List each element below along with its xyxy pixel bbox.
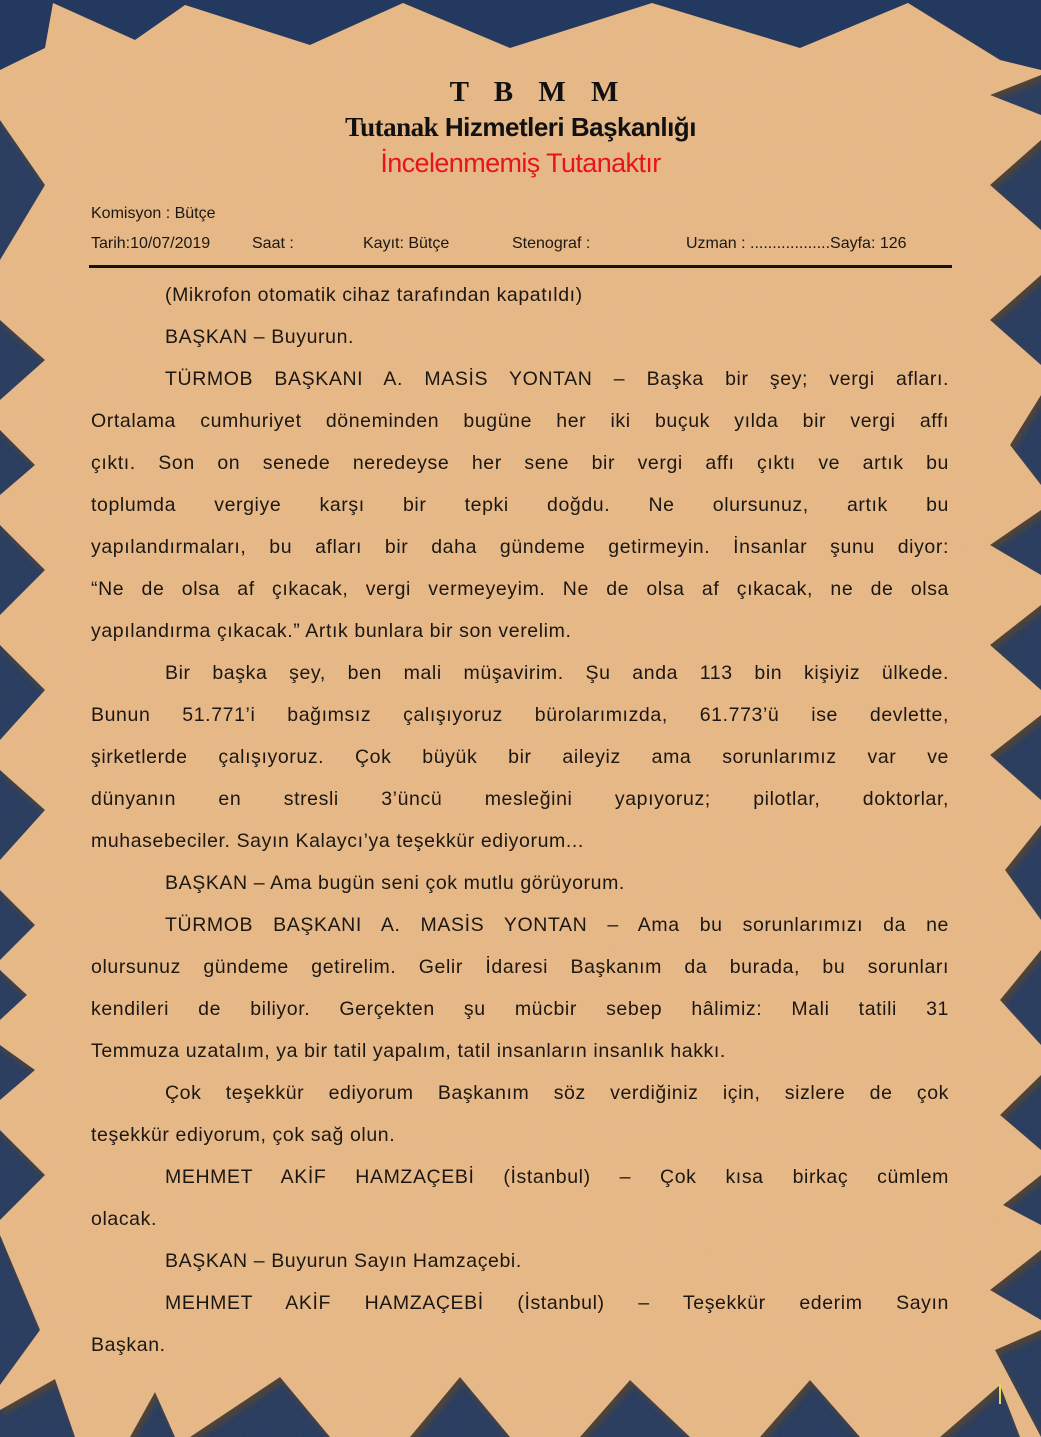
commission-field: Komisyon : Bütçe <box>91 205 216 223</box>
transcript-line: olacak. <box>91 1206 949 1232</box>
text-cursor <box>999 1384 1001 1404</box>
transcript-line: şirketlerde çalışıyoruz. Çok büyük bir a… <box>91 744 949 770</box>
org-short-title: T B M M <box>0 76 1041 109</box>
transcript-line: (Mikrofon otomatik cihaz tarafından kapa… <box>165 282 949 308</box>
transcript-line: çıktı. Son on senede neredeyse her sene … <box>91 450 949 476</box>
transcript-line: Bir başka şey, ben mali müşavirim. Şu an… <box>165 660 949 686</box>
transcript-line: “Ne de olsa af çıkacak, vergi vermeyeyim… <box>91 576 949 602</box>
expert-page-field: Uzman : ..................Sayfa: 126 <box>686 235 907 253</box>
org-name: Tutanak Hizmetleri Başkanlığı <box>0 112 1041 143</box>
record-field: Kayıt: Bütçe <box>363 235 449 253</box>
header-divider <box>89 265 952 268</box>
transcript-line: Başkan. <box>91 1332 949 1358</box>
transcript-line: toplumda vergiye karşı bir tepki doğdu. … <box>91 492 949 518</box>
transcript-line: Bunun 51.771’i bağımsız çalışıyoruz büro… <box>91 702 949 728</box>
transcript-line: yapılandırmaları, bu afları bir daha gün… <box>91 534 949 560</box>
document-status: İncelenmemiş Tutanaktır <box>0 148 1041 179</box>
org-name-part2: Hizmetleri Başkanlığı <box>445 112 696 142</box>
time-field: Saat : <box>252 235 294 253</box>
stenographer-field: Stenograf : <box>512 235 590 253</box>
transcript-line: dünyanın en stresli 3’üncü mesleğini yap… <box>91 786 949 812</box>
transcript-line: TÜRMOB BAŞKANI A. MASİS YONTAN – Başka b… <box>165 366 949 392</box>
transcript-line: BAŞKAN – Ama bugün seni çok mutlu görüyo… <box>165 870 949 896</box>
transcript-line: muhasebeciler. Sayın Kalaycı’ya teşekkür… <box>91 828 949 854</box>
transcript-line: Temmuza uzatalım, ya bir tatil yapalım, … <box>91 1038 949 1064</box>
org-name-part1: Tutanak <box>345 112 438 142</box>
transcript-line: kendileri de biliyor. Gerçekten şu mücbi… <box>91 996 949 1022</box>
transcript-line: yapılandırma çıkacak.” Artık bunlara bir… <box>91 618 949 644</box>
transcript-line: olursunuz gündeme getirelim. Gelir İdare… <box>91 954 949 980</box>
transcript-line: BAŞKAN – Buyurun Sayın Hamzaçebi. <box>165 1248 949 1274</box>
transcript-line: Çok teşekkür ediyorum Başkanım söz verdi… <box>165 1080 949 1106</box>
transcript-line: BAŞKAN – Buyurun. <box>165 324 949 350</box>
transcript-line: MEHMET AKİF HAMZAÇEBİ (İstanbul) – Teşek… <box>165 1290 949 1316</box>
transcript-line: teşekkür ediyorum, çok sağ olun. <box>91 1122 949 1148</box>
transcript-page: T B M M Tutanak Hizmetleri Başkanlığı İn… <box>0 0 1041 1437</box>
transcript-line: TÜRMOB BAŞKANI A. MASİS YONTAN – Ama bu … <box>165 912 949 938</box>
transcript-line: MEHMET AKİF HAMZAÇEBİ (İstanbul) – Çok k… <box>165 1164 949 1190</box>
transcript-line: Ortalama cumhuriyet döneminden bugüne he… <box>91 408 949 434</box>
date-field: Tarih:10/07/2019 <box>91 235 210 253</box>
